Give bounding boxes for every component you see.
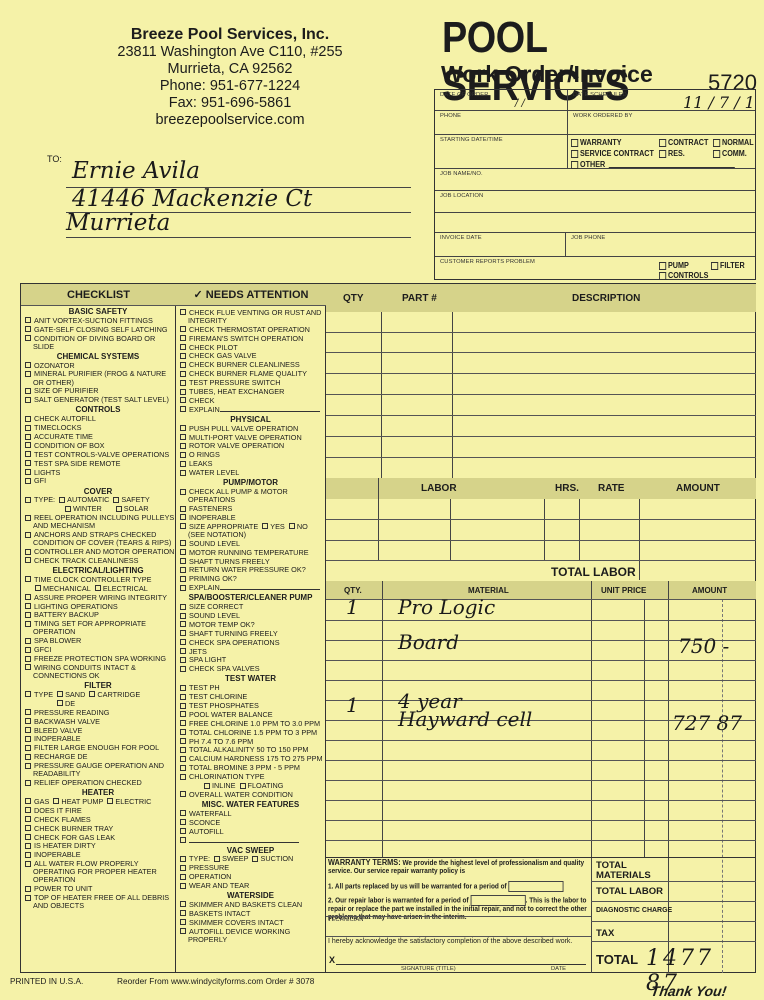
checklist-item[interactable]: AUTOFILL xyxy=(178,828,325,836)
checkbox-icon xyxy=(659,262,666,270)
material-row[interactable] xyxy=(326,820,756,821)
section-chemical-systems: CHEMICAL SYSTEMS xyxy=(21,352,175,361)
checklist-header: CHECKLIST xyxy=(21,284,176,306)
checklist-item[interactable]: CHECK xyxy=(178,397,325,405)
total-materials-label: TOTAL MATERIALS xyxy=(596,861,666,881)
work-order-page: Breeze Pool Services, Inc. 23811 Washing… xyxy=(0,0,764,1000)
checklist-item[interactable]: TEST PHOSPHATES xyxy=(178,702,325,710)
checklist-item[interactable]: CHECK FLAMES xyxy=(23,816,175,824)
material-header: MATERIAL xyxy=(468,586,509,595)
res-checkbox[interactable]: RES. xyxy=(659,149,685,158)
filter-checkbox[interactable]: FILTER xyxy=(711,261,745,270)
section-spa-booster: SPA/BOOSTER/CLEANER PUMP xyxy=(176,593,325,602)
checklist-item[interactable]: TEST PRESSURE SWITCH xyxy=(178,379,325,387)
parts-row[interactable] xyxy=(326,394,756,395)
checklist-item[interactable]: CHECK GAS VALVE xyxy=(178,352,325,360)
checklist-item[interactable]: ANCHORS AND STRAPS CHECKED CONDITION OF … xyxy=(23,531,175,547)
controls-label: CONTROLS xyxy=(668,271,708,280)
checklist-item[interactable]: FREEZE PROTECTION SPA WORKING xyxy=(23,655,175,663)
checklist-item[interactable]: PRESSURE GAUGE OPERATION AND READABILITY xyxy=(23,762,175,778)
date-of-order-label: DATE OF ORDER xyxy=(435,90,567,98)
section-filter: FILTER xyxy=(21,681,175,690)
right-tables: QTY PART # DESCRIPTION LABOR HRS. RATE A… xyxy=(326,284,756,972)
to-line-3 xyxy=(66,237,411,238)
labor-header: LABOR xyxy=(421,483,457,494)
printed-in-usa: PRINTED IN U.S.A. xyxy=(10,976,83,986)
order-type-options: WARRANTY SERVICE CONTRACT OTHER CONTRACT… xyxy=(571,137,755,168)
total-labor-summary-label: TOTAL LABOR xyxy=(596,886,663,897)
checklist-item[interactable]: OPERATION xyxy=(178,873,325,881)
checklist-item[interactable]: MOTOR RUNNING TEMPERATURE xyxy=(178,549,325,557)
checklist-item[interactable]: CALCIUM HARDNESS 175 TO 275 PPM xyxy=(178,755,325,763)
material-row[interactable] xyxy=(326,700,756,701)
size-appropriate-item[interactable]: SIZE APPROPRIATEYESNO(SEE NOTATION) xyxy=(178,523,325,539)
checklist-item[interactable]: BATTERY BACKUP xyxy=(23,611,175,619)
checklist-item[interactable]: SOUND LEVEL xyxy=(178,540,325,548)
contract-checkbox[interactable]: CONTRACT xyxy=(659,138,708,147)
checkbox-icon xyxy=(711,262,718,270)
section-misc-water: MISC. WATER FEATURES xyxy=(176,800,325,809)
checklist-item[interactable]: LIGHTS xyxy=(23,469,175,477)
checklist-item[interactable]: CHECK FOR GAS LEAK xyxy=(23,834,175,842)
checklist-item[interactable]: WIRING CONDUITS INTACT & CONNECTIONS OK xyxy=(23,664,175,680)
starting-date-field[interactable]: STARTING DATE/TIME xyxy=(435,135,568,168)
company-header: Breeze Pool Services, Inc. 23811 Washing… xyxy=(90,25,370,129)
material-row[interactable] xyxy=(326,760,756,761)
checklist-item[interactable]: FASTENERS xyxy=(178,505,325,513)
cover-type-item-2[interactable]: WINTERSOLAR xyxy=(23,505,175,513)
signature-label: SIGNATURE (TITLE) xyxy=(401,966,456,972)
checklist-item[interactable]: CHECK SPA OPERATIONS xyxy=(178,639,325,647)
checklist-item[interactable]: ACCURATE TIME xyxy=(23,433,175,441)
labor-table-header: LABOR HRS. RATE AMOUNT xyxy=(326,478,756,499)
company-phone: Phone: 951-677-1224 xyxy=(90,78,370,95)
checklist-item[interactable]: TOTAL ALKALINITY 50 TO 150 PPM xyxy=(178,746,325,754)
material-row[interactable] xyxy=(326,620,756,621)
checklist-item[interactable]: TOTAL CHLORINE 1.5 PPM TO 3 PPM xyxy=(178,729,325,737)
to-label: TO: xyxy=(47,154,62,164)
thank-you: Thank You! xyxy=(650,983,728,999)
part-number-header: PART # xyxy=(402,293,437,304)
company-name: Breeze Pool Services, Inc. xyxy=(90,25,370,44)
comm-checkbox[interactable]: COMM. xyxy=(713,149,747,158)
date-scheduled-field[interactable]: DATE SCHEDULED 11 / 7 / 1 xyxy=(568,90,755,110)
material-name-1: Pro Logic xyxy=(398,596,495,618)
work-ordered-by-field[interactable]: WORK ORDERED BY xyxy=(568,111,755,134)
checklist-item[interactable]: TEST PH xyxy=(178,684,325,692)
job-location-label: JOB LOCATION xyxy=(435,191,755,199)
checklist-item[interactable]: SALT GENERATOR (TEST SALT LEVEL) xyxy=(23,396,175,404)
explain-item[interactable]: EXPLAIN xyxy=(178,584,325,592)
checklist-item[interactable]: CHECK TRACK CLEANLINESS xyxy=(23,557,175,565)
diagnostic-charge-label: DIAGNOSTIC CHARGE xyxy=(596,907,672,914)
reorder-info: Reorder From www.windycityforms.com Orde… xyxy=(117,976,314,986)
checklist-item[interactable]: FIREMAN'S SWITCH OPERATION xyxy=(178,335,325,343)
vac-type-item[interactable]: TYPE:SWEEPSUCTION xyxy=(178,855,325,863)
checklist-item[interactable]: TOP OF HEATER FREE OF ALL DEBRIS AND OBJ… xyxy=(23,894,175,910)
warranty-term-2: 2. Our repair labor is warranted for a p… xyxy=(328,897,469,904)
section-vac-sweep: VAC SWEEP xyxy=(176,846,325,855)
chlorination-options[interactable]: INLINEFLOATING xyxy=(178,782,325,790)
parts-row[interactable] xyxy=(326,332,756,333)
checklist-item[interactable]: PRESSURE xyxy=(178,864,325,872)
checklist-item[interactable]: TEST CHLORINE xyxy=(178,693,325,701)
checklist-item[interactable]: INOPERABLE xyxy=(178,514,325,522)
checklist-item[interactable]: RECHARGE DE xyxy=(23,753,175,761)
material-name-4: Hayward cell xyxy=(398,708,532,730)
parts-warranty-period-input[interactable] xyxy=(508,881,563,892)
filter-label: FILTER xyxy=(720,261,745,270)
phone-label: PHONE xyxy=(435,111,567,119)
checklist-item[interactable]: TIMING SET FOR APPROPRIATE OPERATION xyxy=(23,620,175,636)
material-qty-header: QTY. xyxy=(344,586,362,595)
warranty-label: WARRANTY xyxy=(580,138,622,147)
checklist-item[interactable]: BASKETS INTACT xyxy=(178,910,325,918)
normal-label: NORMAL xyxy=(722,138,754,147)
checklist-item[interactable]: PH 7.4 TO 7.6 PPM xyxy=(178,738,325,746)
to-name[interactable]: Ernie Avila xyxy=(72,158,200,184)
checklist-item[interactable]: JETS xyxy=(178,648,325,656)
parts-row[interactable] xyxy=(326,352,756,353)
checklist-item[interactable]: MOTOR TEMP OK? xyxy=(178,621,325,629)
checklist-item[interactable]: FILTER LARGE ENOUGH FOR POOL xyxy=(23,744,175,752)
checklist-item[interactable]: LIGHTING OPERATIONS xyxy=(23,603,175,611)
material-qty-1: 1 xyxy=(346,596,359,618)
checklist-column: CHECKLIST BASIC SAFETY ANIT VORTEX-SUCTI… xyxy=(21,284,176,972)
checklist-item[interactable]: INOPERABLE xyxy=(23,735,175,743)
checklist-item[interactable]: SIZE CORRECT xyxy=(178,603,325,611)
checkbox-icon xyxy=(659,272,666,280)
checkbox-icon xyxy=(571,161,578,169)
checklist-item[interactable]: WATERFALL xyxy=(178,810,325,818)
checkbox-icon xyxy=(659,139,666,147)
total-labor-label: TOTAL LABOR xyxy=(551,565,636,579)
checklist-item[interactable]: CONDITION OF DIVING BOARD OR SLIDE xyxy=(23,335,175,351)
checklist-item[interactable]: CONTROLLER AND MOTOR OPERATION xyxy=(23,548,175,556)
checklist-item[interactable]: CHECK AUTOFILL xyxy=(23,415,175,423)
parts-row[interactable] xyxy=(326,373,756,374)
date-of-order-value: / / xyxy=(515,98,525,109)
material-amount-2: 727 87 xyxy=(672,712,742,734)
explain-item[interactable]: EXPLAIN xyxy=(178,406,325,414)
parts-row[interactable] xyxy=(326,457,756,458)
cover-type-item[interactable]: TYPE:AUTOMATICSAFETY xyxy=(23,496,175,504)
checklist-item[interactable]: DOES IT FIRE xyxy=(23,807,175,815)
checklist-item[interactable]: SOUND LEVEL xyxy=(178,612,325,620)
heater-type-item[interactable]: GASHEAT PUMPELECTRIC xyxy=(23,798,175,806)
pump-label: PUMP xyxy=(668,261,689,270)
phone-field[interactable]: PHONE xyxy=(435,111,568,134)
checklist-item[interactable]: TEST SPA SIDE REMOTE xyxy=(23,460,175,468)
warranty-term-1: 1. All parts replaced by us will be warr… xyxy=(328,883,507,890)
section-basic-safety: BASIC SAFETY xyxy=(21,307,175,316)
rate-header: RATE xyxy=(598,483,624,494)
checklist-item[interactable]: IS HEATER DIRTY xyxy=(23,842,175,850)
checklist-item[interactable]: SKIMMER AND BASKETS CLEAN xyxy=(178,901,325,909)
checklist-item[interactable]: SPA BLOWER xyxy=(23,637,175,645)
filter-type-item[interactable]: TYPESANDCARTRIDGE xyxy=(23,691,175,699)
starting-date-label: STARTING DATE/TIME xyxy=(435,135,567,143)
labor-warranty-period-input[interactable] xyxy=(470,895,525,906)
material-row[interactable] xyxy=(326,780,756,781)
checklist-item[interactable]: CHECK FLUE VENTING OR RUST AND INTEGRITY xyxy=(178,309,325,325)
form-subtitle: Work Order/Invoice xyxy=(441,60,653,88)
checklist-item[interactable]: CHECK BURNER CLEANLINESS xyxy=(178,361,325,369)
date-scheduled-value: 11 / 7 / 1 xyxy=(683,93,755,112)
checklist-item[interactable]: TEST CONTROLS-VALVE OPERATIONS xyxy=(23,451,175,459)
checklist-item[interactable]: CHECK BURNER TRAY xyxy=(23,825,175,833)
checklist-item[interactable]: GATE-SELF CLOSING SELF LATCHING xyxy=(23,326,175,334)
job-phone-field[interactable]: JOB PHONE xyxy=(566,233,755,256)
qty-header: QTY xyxy=(343,293,364,304)
labor-row[interactable] xyxy=(326,540,756,541)
checklist-item[interactable]: POWER TO UNIT xyxy=(23,885,175,893)
section-pump-motor: PUMP/MOTOR xyxy=(176,478,325,487)
technician-label: TECHNICIAN xyxy=(328,917,363,923)
customer-problem-label: CUSTOMER REPORTS PROBLEM xyxy=(435,257,755,265)
signature-x: X xyxy=(329,955,335,965)
checklist-item[interactable]: CHECK PILOT xyxy=(178,344,325,352)
warranty-terms: WARRANTY TERMS: We provide the highest l… xyxy=(328,859,595,922)
checklist-item[interactable]: SKIMMER COVERS INTACT xyxy=(178,919,325,927)
parts-row[interactable] xyxy=(326,415,756,416)
pump-checkbox[interactable]: PUMP xyxy=(659,261,689,270)
labor-row[interactable] xyxy=(326,560,756,561)
material-qty-2: 1 xyxy=(346,694,359,716)
checklist-item[interactable]: ROTOR VALVE OPERATION xyxy=(178,442,325,450)
checklist-item[interactable]: ASSURE PROPER WIRING INTEGRITY xyxy=(23,594,175,602)
checklist-item[interactable]: TIMECLOCKS xyxy=(23,424,175,432)
job-name-field[interactable]: JOB NAME/NO. xyxy=(435,169,755,191)
to-address[interactable]: 41446 Mackenzie Ct xyxy=(72,186,312,212)
section-physical: PHYSICAL xyxy=(176,415,325,424)
signature-line[interactable] xyxy=(336,964,586,965)
checklist-item[interactable]: CHECK BURNER FLAME QUALITY xyxy=(178,370,325,378)
materials-table-header: QTY. MATERIAL UNIT PRICE AMOUNT xyxy=(326,581,756,599)
section-heater: HEATER xyxy=(21,788,175,797)
company-fax: Fax: 951-696-5861 xyxy=(90,95,370,112)
checklist-item[interactable]: MULTI-PORT VALVE OPERATION xyxy=(178,434,325,442)
to-city[interactable]: Murrieta xyxy=(66,210,170,236)
timeclock-options[interactable]: MECHANICALELECTRICAL xyxy=(23,585,175,593)
work-ordered-by-label: WORK ORDERED BY xyxy=(568,111,755,119)
checklist-item[interactable]: BACKWASH VALVE xyxy=(23,718,175,726)
checklist-item[interactable]: FREE CHLORINE 1.0 PPM TO 3.0 PPM xyxy=(178,720,325,728)
checklist-item[interactable]: SCONCE xyxy=(178,819,325,827)
checklist-item[interactable]: MINERAL PURIFIER (FROG & NATURE OR OTHER… xyxy=(23,370,175,386)
material-name-2: Board xyxy=(398,631,459,653)
checklist-items: BASIC SAFETY ANIT VORTEX-SUCTION FITTING… xyxy=(21,306,175,910)
checklist-item[interactable]: CHECK SPA VALVES xyxy=(178,665,325,673)
checklist-item[interactable]: AUTOFILL DEVICE WORKING PROPERLY xyxy=(178,928,325,944)
contract-label: CONTRACT xyxy=(668,138,708,147)
checklist-item[interactable]: CHLORINATION TYPE xyxy=(178,773,325,781)
checklist-item[interactable]: GFI xyxy=(23,477,175,485)
section-waterside: WATERSIDE xyxy=(176,891,325,900)
section-cover: COVER xyxy=(21,487,175,496)
normal-checkbox[interactable]: NORMAL xyxy=(713,138,754,147)
checkbox-icon xyxy=(713,150,720,158)
checklist-item[interactable]: TIME CLOCK CONTROLLER TYPE xyxy=(23,576,175,584)
customer-problem-field: CUSTOMER REPORTS PROBLEM PUMP FILTER CON… xyxy=(435,257,755,279)
checklist-item[interactable]: CHECK THERMOSTAT OPERATION xyxy=(178,326,325,334)
tax-label: TAX xyxy=(596,928,614,939)
warranty-title: WARRANTY TERMS: xyxy=(328,858,401,867)
checklist-item[interactable]: SPA LIGHT xyxy=(178,656,325,664)
checklist-item[interactable]: SHAFT TURNING FREELY xyxy=(178,630,325,638)
main-form-grid: CHECKLIST BASIC SAFETY ANIT VORTEX-SUCTI… xyxy=(20,283,756,973)
acknowledge-text: I hereby acknowledge the satisfactory co… xyxy=(328,938,588,946)
job-phone-label: JOB PHONE xyxy=(566,233,755,241)
date-label: DATE xyxy=(551,966,566,972)
other-label: OTHER xyxy=(580,160,605,169)
material-amount-1: 750 - xyxy=(678,635,729,657)
service-contract-checkbox[interactable]: SERVICE CONTRACT xyxy=(571,149,654,158)
hours-header: HRS. xyxy=(555,483,579,494)
section-electrical: ELECTRICAL/LIGHTING xyxy=(21,566,175,575)
checklist-item[interactable]: PUSH PULL VALVE OPERATION xyxy=(178,425,325,433)
material-amount-header: AMOUNT xyxy=(692,586,727,595)
checklist-item[interactable]: CONDITION OF BOX xyxy=(23,442,175,450)
checkbox-icon xyxy=(571,139,578,147)
job-name-label: JOB NAME/NO. xyxy=(435,169,755,177)
checklist-item[interactable]: PRIMING OK? xyxy=(178,575,325,583)
company-address-2: Murrieta, CA 92562 xyxy=(90,61,370,78)
company-address-1: 23811 Washington Ave C110, #255 xyxy=(90,44,370,61)
parts-table-header: QTY PART # DESCRIPTION xyxy=(326,284,756,312)
res-label: RES. xyxy=(668,149,685,158)
checklist-item[interactable]: TUBES, HEAT EXCHANGER xyxy=(178,388,325,396)
checklist-item[interactable]: BLEED VALVE xyxy=(23,727,175,735)
material-row[interactable] xyxy=(326,740,756,741)
checklist-item[interactable]: POOL WATER BALANCE xyxy=(178,711,325,719)
checklist-item[interactable]: CHECK ALL PUMP & MOTOR OPERATIONS xyxy=(178,488,325,504)
date-of-order-field[interactable]: DATE OF ORDER / / xyxy=(435,90,568,110)
filter-type-item-2[interactable]: DE xyxy=(23,700,175,708)
unit-price-header: UNIT PRICE xyxy=(601,586,646,595)
invoice-date-label: INVOICE DATE xyxy=(435,233,565,241)
checkbox-icon xyxy=(571,150,578,158)
total-label: TOTAL xyxy=(596,952,638,967)
needs-attention-header: ✓ NEEDS ATTENTION xyxy=(176,284,326,306)
checklist-item[interactable]: OZONATOR xyxy=(23,362,175,370)
checklist-item[interactable]: SHAFT TURNS FREELY xyxy=(178,558,325,566)
checklist-item[interactable]: RELIEF OPERATION CHECKED xyxy=(23,779,175,787)
checklist-item[interactable]: TOTAL BROMINE 3 PPM - 5 PPM xyxy=(178,764,325,772)
checklist-item[interactable]: GFCI xyxy=(23,646,175,654)
checklist-item[interactable]: ALL WATER FLOW PROPERLY OPERATING FOR PR… xyxy=(23,860,175,884)
controls-checkbox[interactable]: CONTROLS xyxy=(659,271,708,280)
checklist-item[interactable]: REEL OPERATION INCLUDING PULLEYS AND MEC… xyxy=(23,514,175,530)
parts-row[interactable] xyxy=(326,436,756,437)
checklist-item[interactable]: OVERALL WATER CONDITION xyxy=(178,791,325,799)
checklist-item[interactable]: O RINGS xyxy=(178,451,325,459)
material-row[interactable] xyxy=(326,660,756,661)
description-header: DESCRIPTION xyxy=(572,293,640,304)
service-contract-label: SERVICE CONTRACT xyxy=(580,149,654,158)
section-controls: CONTROLS xyxy=(21,405,175,414)
labor-row[interactable] xyxy=(326,519,756,520)
needs-attention-column: ✓ NEEDS ATTENTION CHECK FLUE VENTING OR … xyxy=(176,284,326,972)
needs-attention-items: CHECK FLUE VENTING OR RUST AND INTEGRITY… xyxy=(176,308,325,944)
warranty-checkbox[interactable]: WARRANTY xyxy=(571,138,622,147)
checkbox-icon xyxy=(659,150,666,158)
invoice-date-field[interactable]: INVOICE DATE xyxy=(435,233,566,256)
checklist-item[interactable]: LEAKS xyxy=(178,460,325,468)
checklist-item[interactable]: WEAR AND TEAR xyxy=(178,882,325,890)
checklist-item[interactable]: WATER LEVEL xyxy=(178,469,325,477)
comm-label: COMM. xyxy=(722,149,747,158)
company-website[interactable]: breezepoolservice.com xyxy=(90,112,370,129)
checklist-item[interactable]: PRESSURE READING xyxy=(23,709,175,717)
material-row[interactable] xyxy=(326,680,756,681)
other-checkbox[interactable]: OTHER xyxy=(571,160,735,169)
checkbox-icon xyxy=(713,139,720,147)
checklist-item[interactable]: INOPERABLE xyxy=(23,851,175,859)
amount-header: AMOUNT xyxy=(676,483,720,494)
checklist-item[interactable]: RETURN WATER PRESSURE OK? xyxy=(178,566,325,574)
material-row[interactable] xyxy=(326,800,756,801)
material-row[interactable] xyxy=(326,840,756,841)
checklist-item[interactable]: SIZE OF PURIFIER xyxy=(23,387,175,395)
checklist-item[interactable]: ANIT VORTEX-SUCTION FITTINGS xyxy=(23,317,175,325)
blank-item[interactable] xyxy=(178,837,325,845)
section-test-water: TEST WATER xyxy=(176,674,325,683)
job-location-field[interactable]: JOB LOCATION xyxy=(435,191,755,233)
order-info-box: DATE OF ORDER / / DATE SCHEDULED 11 / 7 … xyxy=(434,89,756,280)
